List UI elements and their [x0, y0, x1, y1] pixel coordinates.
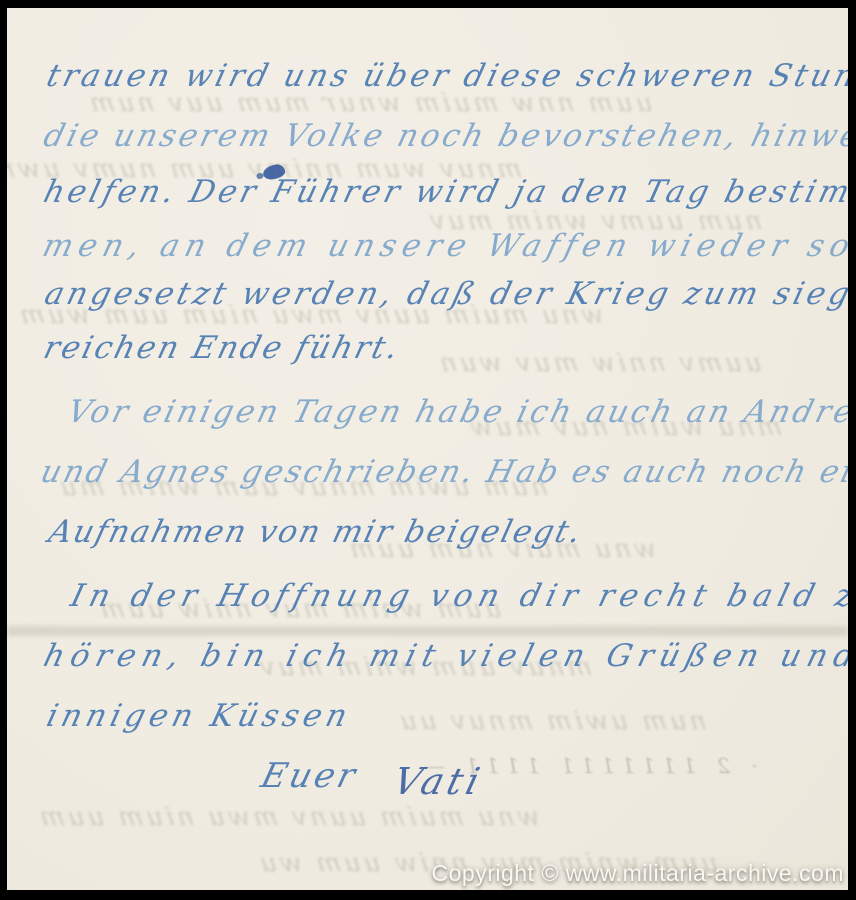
bleed-through-line: num uwim mnuv uu	[394, 706, 709, 736]
letter-line-2: die unserem Volke noch bevorstehen, hinw…	[40, 118, 848, 154]
letter-line-12: innigen Küssen	[43, 698, 355, 734]
letter-line-3: helfen. Der Führer wird ja den Tag besti…	[40, 174, 848, 210]
paper-fold-streak	[7, 626, 848, 636]
letter-line-7: Vor einigen Tagen habe ich auch an Andre…	[64, 394, 848, 430]
signature-name: Vati	[389, 760, 488, 803]
letter-line-10: In der Hoffnung von dir recht bald zu	[67, 578, 848, 614]
letter-line-9: Aufnahmen von mir beigelegt.	[45, 514, 586, 550]
signature-closing: Euer	[257, 756, 362, 796]
bleed-through-line: wnu muim uunv mwu nium uum	[34, 802, 542, 832]
letter-line-4: men, an dem unsere Waffen wieder so	[39, 228, 848, 264]
scan-border-frame: uum nnw muim wnur mum uuv num mnuv wum n…	[0, 0, 856, 900]
bleed-through-line: uumv nniw muv wun	[434, 348, 764, 378]
letter-paper: uum nnw muim wnur mum uuv num mnuv wum n…	[7, 8, 848, 890]
letter-line-5: angesetzt werden, daß der Krieg zum sieg…	[41, 276, 848, 312]
copyright-watermark: Copyright © www.militaria-archive.com	[432, 860, 845, 887]
letter-line-11: hören, bin ich mit vielen Grüßen und	[40, 638, 848, 674]
letter-line-1: trauen wird uns über diese schweren Stun…	[43, 58, 848, 94]
letter-line-6: reichen Ende führt.	[40, 330, 404, 366]
letter-line-8: und Agnes geschrieben. Hab es auch noch …	[37, 454, 848, 490]
